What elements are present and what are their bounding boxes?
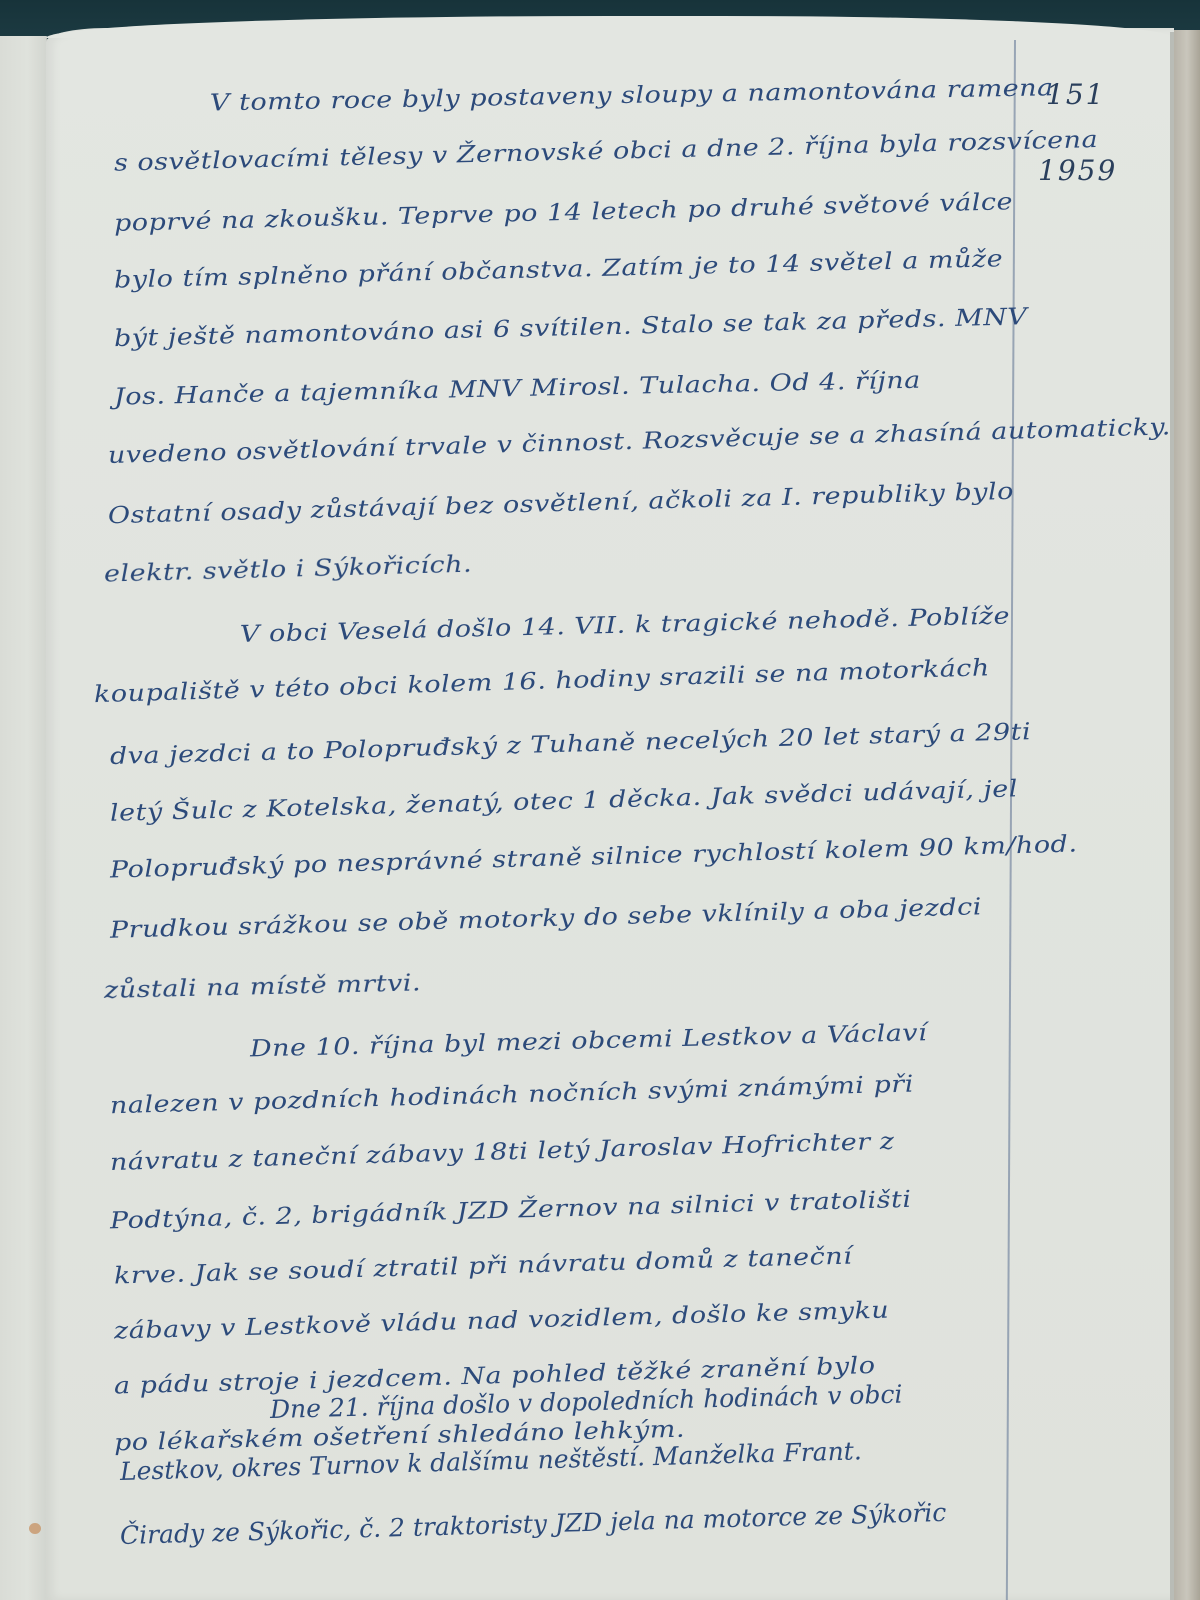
paper-stain (29, 1523, 41, 1534)
text-line: poprvé na zkoušku. Teprve po 14 letech p… (114, 189, 1014, 237)
text-line: Prudkou srážkou se obě motorky do sebe v… (110, 894, 983, 944)
text-line: nalezen v pozdních hodinách nočních svým… (110, 1071, 915, 1119)
text-line: krve. Jak se soudí ztratil při návratu d… (114, 1243, 853, 1290)
facing-page-edge (0, 36, 47, 1600)
text-line: zůstali na místě mrtvi. (104, 970, 422, 1004)
text-line: zábavy v Lestkově vládu nad vozidlem, do… (114, 1297, 890, 1345)
text-line: návratu z taneční zábavy 18ti letý Jaros… (110, 1128, 895, 1176)
text-line: letý Šulc z Kotelska, ženatý, otec 1 děc… (110, 776, 1019, 827)
text-line: Polopruđský po nesprávné straně silnice … (110, 831, 1078, 884)
text-line: být ještě namontováno asi 6 svítilen. St… (114, 304, 1028, 353)
text-line: Podtýna, č. 2, brigádník JZD Žernov na s… (110, 1186, 912, 1234)
text-line: Dne 10. října byl mezi obcemi Lestkov a … (250, 1020, 928, 1063)
page-number: 151 (1046, 78, 1105, 111)
text-line: bylo tím splněno přání občanstva. Zatím … (114, 246, 1004, 294)
photo-scene: 151 1959 V tomto roce byly postaveny slo… (0, 0, 1200, 1600)
text-line: dva jezdci a to Polopruđský z Tuhaně nec… (110, 719, 1032, 771)
page-right-edge (1170, 32, 1174, 1600)
margin-rule-line (1006, 40, 1016, 1600)
text-line: koupaliště v této obci kolem 16. hodiny … (93, 655, 990, 709)
text-line: V obci Veselá došlo 14. VII. k tragické … (240, 603, 1011, 648)
text-line: Ostatní osady zůstávají bez osvětlení, a… (108, 478, 1015, 529)
page-top-curve (46, 16, 1174, 38)
text-line: V tomto roce byly postaveny sloupy a nam… (210, 75, 1054, 117)
underlying-sheet-edge (1174, 30, 1200, 1600)
year-label: 1959 (1038, 154, 1117, 187)
chronicle-page: 151 1959 V tomto roce byly postaveny slo… (46, 28, 1174, 1600)
text-line: elektr. světlo i Sýkořicích. (104, 551, 473, 588)
text-line: s osvětlovacími tělesy v Žernovské obci … (114, 126, 1099, 176)
text-line: Jos. Hanče a tajemníka MNV Mirosl. Tulac… (114, 367, 922, 411)
